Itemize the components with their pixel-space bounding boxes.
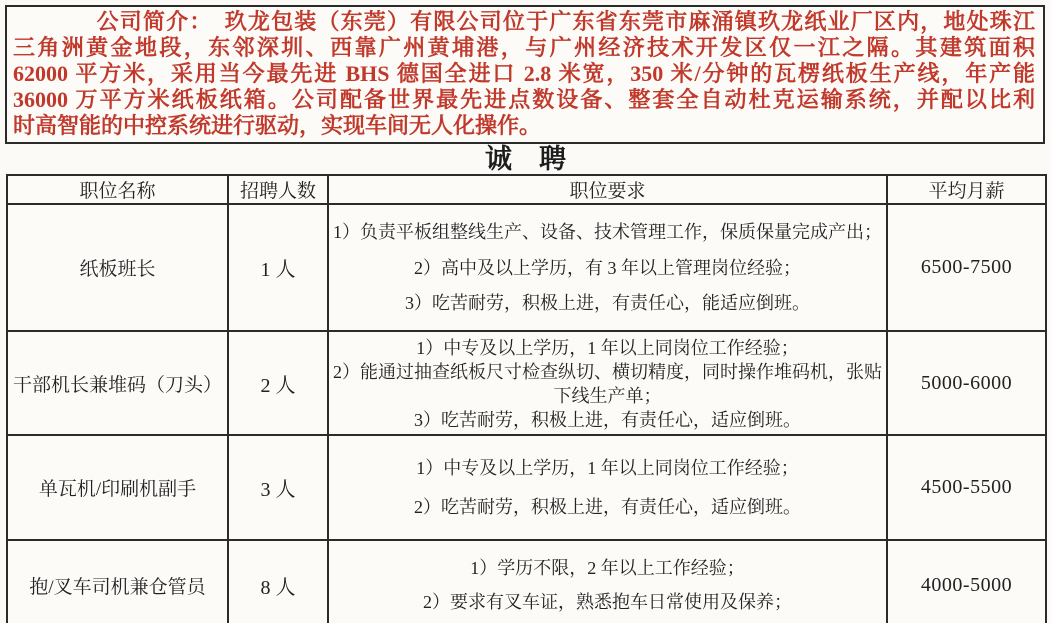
salary-cell: 4000-5000: [887, 540, 1046, 623]
requirements-list: 1）学历不限，2 年以上工作经验； 2）要求有叉车证，熟悉抱车日常使用及保养；: [329, 543, 886, 623]
intro-line-4: 36000 万平方米纸板纸箱。公司配备世界最先进点数设备、整套全自动杜克运输系统…: [13, 87, 1035, 113]
salary-cell: 4500-5500: [887, 435, 1046, 540]
headcount-cell: 3 人: [228, 435, 328, 540]
col-header-requirements: 职位要求: [328, 175, 887, 204]
intro-line-1: 公司简介： 玖龙包装（东莞）有限公司位于广东省东莞市麻涌镇玖龙纸业厂区内，地处珠…: [13, 9, 1035, 35]
requirement-line: 2）高中及以上学历，有 3 年以上管理岗位经验；: [331, 256, 884, 280]
table-row-machine-leader: 干部机长兼堆码（刀头） 2 人 1）中专及以上学历，1 年以上同岗位工作经验； …: [7, 331, 1046, 435]
requirement-line: 1）中专及以上学历，1 年以上同岗位工作经验；: [331, 456, 884, 480]
requirements-cell: 1）学历不限，2 年以上工作经验； 2）要求有叉车证，熟悉抱车日常使用及保养；: [328, 540, 887, 623]
position-cell: 单瓦机/印刷机副手: [7, 435, 228, 540]
requirement-line: 2）能通过抽查纸板尺寸检查纵切、横切精度，同时操作堆码机，张贴下线生产单；: [331, 360, 884, 408]
col-header-position: 职位名称: [7, 175, 228, 204]
headcount-cell: 2 人: [228, 331, 328, 435]
requirement-line: 3）吃苦耐劳，积极上进，有责任心，适应倒班。: [331, 408, 884, 432]
company-intro-box: 公司简介： 玖龙包装（东莞）有限公司位于广东省东莞市麻涌镇玖龙纸业厂区内，地处珠…: [5, 5, 1045, 144]
salary-cell: 6500-7500: [887, 204, 1046, 331]
salary-cell: 5000-6000: [887, 331, 1046, 435]
intro-line-5: 时高智能的中控系统进行驱动，实现车间无人化操作。: [13, 113, 1035, 139]
requirements-list: 1）中专及以上学历，1 年以上同岗位工作经验； 2）吃苦耐劳，积极上进，有责任心…: [329, 438, 886, 537]
position-cell: 纸板班长: [7, 204, 228, 331]
intro-line-2: 三角洲黄金地段，东邻深圳、西靠广州黄埔港，与广州经济技术开发区仅一江之隔。其建筑…: [13, 35, 1035, 61]
col-header-salary: 平均月薪: [887, 175, 1046, 204]
recruit-heading: 诚 聘: [0, 144, 1051, 174]
requirements-list: 1）负责平板组整线生产、设备、技术管理工作，保质保量完成产出； 2）高中及以上学…: [329, 207, 886, 328]
requirement-line: 2）要求有叉车证，熟悉抱车日常使用及保养；: [331, 590, 884, 614]
requirement-line: 1）负责平板组整线生产、设备、技术管理工作，保质保量完成产出；: [331, 220, 884, 244]
requirements-cell: 1）中专及以上学历，1 年以上同岗位工作经验； 2）吃苦耐劳，积极上进，有责任心…: [328, 435, 887, 540]
requirement-line: 3）吃苦耐劳，积极上进，有责任心，能适应倒班。: [331, 291, 884, 315]
headcount-cell: 8 人: [228, 540, 328, 623]
jobs-table: 职位名称 招聘人数 职位要求 平均月薪 纸板班长 1 人 1）负责平板组整线生产…: [6, 174, 1047, 623]
intro-line-3: 62000 平方米，采用当今最先进 BHS 德国全进口 2.8 米宽，350 米…: [13, 61, 1035, 87]
headcount-cell: 1 人: [228, 204, 328, 331]
position-cell: 干部机长兼堆码（刀头）: [7, 331, 228, 435]
table-row-forklift-driver: 抱/叉车司机兼仓管员 8 人 1）学历不限，2 年以上工作经验； 2）要求有叉车…: [7, 540, 1046, 623]
position-cell: 抱/叉车司机兼仓管员: [7, 540, 228, 623]
requirements-cell: 1）负责平板组整线生产、设备、技术管理工作，保质保量完成产出； 2）高中及以上学…: [328, 204, 887, 331]
requirement-line: 2）吃苦耐劳，积极上进，有责任心，适应倒班。: [331, 495, 884, 519]
table-row-corrugator-assistant: 单瓦机/印刷机副手 3 人 1）中专及以上学历，1 年以上同岗位工作经验； 2）…: [7, 435, 1046, 540]
requirements-cell: 1）中专及以上学历，1 年以上同岗位工作经验； 2）能通过抽查纸板尺寸检查纵切、…: [328, 331, 887, 435]
table-header-row: 职位名称 招聘人数 职位要求 平均月薪: [7, 175, 1046, 204]
table-row-cardboard-foreman: 纸板班长 1 人 1）负责平板组整线生产、设备、技术管理工作，保质保量完成产出；…: [7, 204, 1046, 331]
requirement-line: 1）中专及以上学历，1 年以上同岗位工作经验；: [331, 336, 884, 360]
requirement-line: 1）学历不限，2 年以上工作经验；: [331, 556, 884, 580]
recruitment-notice-page: 公司简介： 玖龙包装（东莞）有限公司位于广东省东莞市麻涌镇玖龙纸业厂区内，地处珠…: [0, 5, 1051, 623]
col-header-headcount: 招聘人数: [228, 175, 328, 204]
requirements-list: 1）中专及以上学历，1 年以上同岗位工作经验； 2）能通过抽查纸板尺寸检查纵切、…: [329, 334, 886, 432]
